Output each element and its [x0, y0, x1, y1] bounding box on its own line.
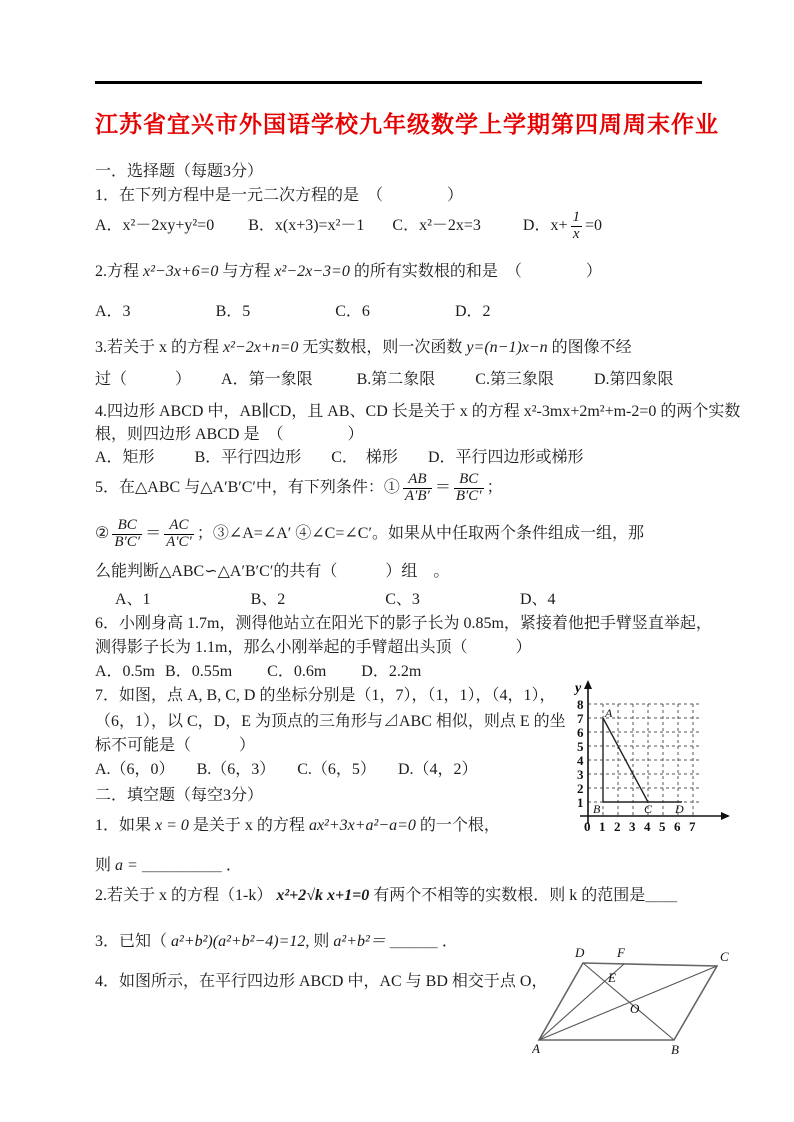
- fb3-text-mid: 则: [313, 933, 329, 950]
- mc-q7-line3: 标不可能是（ ）: [95, 736, 255, 757]
- option-d: D．2.2m: [361, 662, 421, 683]
- fb2-math: x²+2√k x+1=0: [276, 887, 369, 904]
- section1-header: 一．选择题（每题3分）: [95, 162, 263, 183]
- y-axis-arrow: [584, 680, 592, 689]
- q7-text-1: 7．如图，点 A, B, C, D 的坐标分别是（1，7），（1，1），（4，1…: [95, 687, 555, 704]
- q7-text-3: 标不可能是（ ）: [95, 737, 255, 754]
- x-tick: 3: [629, 819, 636, 834]
- section2-header-text: 二．填空题（每空3分）: [95, 787, 263, 804]
- option-a: A．第一象限: [221, 370, 313, 391]
- mc-q7-line1: 7．如图，点 A, B, C, D 的坐标分别是（1，7），（1，1），（4，1…: [95, 686, 555, 707]
- answer-blank: ＿＿＿: [390, 933, 438, 950]
- q7-text-2: （6，1），以 C，D，E 为顶点的三角形与⊿ABC 相似，则点 E 的坐: [95, 713, 566, 730]
- fb4-text: 4．如图所示，在平行四边形 ABCD 中，AC 与 BD 相交于点 O，: [95, 973, 547, 990]
- fb2-text: 2.若关于 x 的方程（1-k）: [95, 887, 272, 904]
- fraction: AC A′C′: [164, 518, 194, 551]
- option-d: D、4: [520, 590, 556, 611]
- option-b: B．0.55m: [165, 662, 232, 683]
- vertex-label-A: A: [532, 1041, 540, 1056]
- q3-continuation: 过（ ）: [95, 370, 191, 391]
- fb1-math-1: x = 0: [155, 817, 189, 834]
- option-a: A．3: [95, 302, 131, 323]
- point-label-C: C: [644, 802, 653, 816]
- vertex-label-D: D: [574, 945, 585, 960]
- option-a: A．x²－2xy+y²=0: [95, 216, 214, 237]
- mc-q5-line1: 5．在△ABC 与△A′B′C′中，有下列条件：① AB A′B′ ＝ BC B…: [95, 466, 503, 510]
- page-title: 江苏省宜兴市外国语学校九年级数学上学期第四周周末作业: [95, 106, 702, 139]
- option-b: B.第二象限: [357, 370, 436, 391]
- fb-q2-line: 2.若关于 x 的方程（1-k） x²+2√k x+1=0 有两个不相等的实数根…: [95, 886, 677, 907]
- option-c: C．x²－2x=3: [392, 216, 481, 237]
- q3-text-mid: 无实数根，则一次函数: [302, 339, 462, 356]
- fb1-period: ．: [226, 857, 242, 874]
- q2-text-post: 的所有实数根的和是 （ ）: [354, 263, 602, 280]
- mc-q1-stem-text: 1．在下列方程中是一元二次方程的是 （ ）: [95, 187, 463, 204]
- mc-q5-line2: ② BC B′C′ ＝ AC A′C′ ；③∠A=∠A′ ④∠C=∠C′。如果从…: [95, 512, 644, 556]
- section1-header-text: 一．选择题（每题3分）: [95, 163, 263, 180]
- q3-math-1: x²−2x+n=0: [223, 339, 298, 356]
- fraction: AB A′B′: [403, 472, 432, 505]
- fb1-math-2: ax²+3x+a²−a=0: [309, 817, 416, 834]
- mc-q4-line1: 4.四边形 ABCD 中，AB∥CD，且 AB、CD 长是关于 x 的方程 x²…: [95, 402, 740, 423]
- fraction-numerator: AC: [167, 518, 190, 534]
- q3-math-2: y=(n−1)x−n: [466, 339, 547, 356]
- fraction-denominator: B′C′: [112, 534, 142, 551]
- mc-q5-options: A、1 B、2 C、3 D、4: [95, 590, 556, 611]
- option-b: B、2: [251, 590, 286, 611]
- y-tick: 6: [577, 725, 584, 740]
- q2-math-1: x²−3x+6=0: [143, 263, 218, 280]
- q4-text-2: 根，则四边形 ABCD 是 （ ）: [95, 426, 363, 443]
- option-a: A.（6，0）: [95, 760, 175, 781]
- mc-q7-options: A.（6，0） B.（6，3） C.（6，5） D.（4，2）: [95, 760, 478, 781]
- y-tick: 1: [577, 795, 584, 810]
- q3-text: 3.若关于 x 的方程: [95, 339, 219, 356]
- q2-text-mid: 与方程: [222, 263, 270, 280]
- mc-q7-line2: （6，1），以 C，D，E 为顶点的三角形与⊿ABC 相似，则点 E 的坐: [95, 712, 566, 733]
- fb2-text-post: 有两个不相等的实数根．则 k 的范围是＿＿: [373, 887, 677, 904]
- vertex-label-B: B: [671, 1042, 679, 1057]
- q2-math-2: x²−2x−3=0: [274, 263, 349, 280]
- q5-circle2: ②: [95, 524, 109, 545]
- q5-text: 5．在△ABC 与△A′B′C′中，有下列条件：①: [95, 478, 400, 499]
- fb-q1-line2: 则 a = ＿＿＿＿＿ ．: [95, 856, 242, 877]
- point-label-A: A: [604, 706, 613, 720]
- x-tick: 6: [674, 819, 681, 834]
- section2-header: 二．填空题（每空3分）: [95, 786, 263, 807]
- x-tick: 0: [584, 819, 591, 834]
- option-c: C．0.6m: [267, 662, 326, 683]
- point-label-F: F: [616, 945, 626, 960]
- fb1-text-post: 的一个根，: [420, 817, 500, 834]
- x-tick: 5: [659, 819, 666, 834]
- option-d: D.第四象限: [594, 370, 674, 391]
- x-tick: 1: [599, 819, 606, 834]
- x-tick: 2: [614, 819, 621, 834]
- option-d: D．2: [455, 302, 491, 323]
- option-d: D.（4，2）: [398, 760, 478, 781]
- fraction-denominator: A′B′: [403, 488, 432, 505]
- mc-q2-stem: 2.方程 x²−3x+6=0 与方程 x²−2x−3=0 的所有实数根的和是 （…: [95, 262, 602, 283]
- fb3-period: ．: [442, 933, 458, 950]
- q5-text-2: ；③∠A=∠A′ ④∠C=∠C′。如果从中任取两个条件组成一组，那: [197, 524, 644, 545]
- point-label-E: E: [607, 970, 616, 985]
- option-d-prefix: D．x+: [523, 216, 568, 237]
- fb-q1-line1: 1．如果 x = 0 是关于 x 的方程 ax²+3x+a²−a=0 的一个根，: [95, 816, 500, 837]
- mc-q6-line1: 6．小刚身高 1.7m，测得他站立在阳光下的影子长为 0.85m，紧接着他把手臂…: [95, 614, 712, 635]
- q4-text-1: 4.四边形 ABCD 中，AB∥CD，且 AB、CD 长是关于 x 的方程 x²…: [95, 403, 740, 420]
- fb-q4-line: 4．如图所示，在平行四边形 ABCD 中，AC 与 BD 相交于点 O，: [95, 972, 547, 993]
- equals-sign: ＝: [435, 478, 451, 499]
- option-b: B．5: [216, 302, 251, 323]
- y-tick: 3: [577, 767, 584, 782]
- option-c: C．6: [335, 302, 370, 323]
- equals-sign: ＝: [145, 524, 161, 545]
- fraction-denominator: B′C′: [454, 488, 484, 505]
- fb3-text: 3．已知（: [95, 933, 167, 950]
- y-axis-label: y: [574, 681, 582, 696]
- fb1-text-mid: 是关于 x 的方程: [193, 817, 305, 834]
- fb1-then: 则: [95, 857, 111, 874]
- q2-text: 2.方程: [95, 263, 139, 280]
- fraction-numerator: BC: [457, 472, 480, 488]
- y-tick: 8: [577, 697, 584, 712]
- x-tick: 7: [689, 819, 696, 834]
- q6-text-2: 测得影子长为 1.1m，那么小刚举起的手臂超出头顶（ ）: [95, 639, 531, 656]
- parallelogram-figure: A B C D F E O: [532, 944, 747, 1059]
- mc-q1-options: A．x²－2xy+y²=0 B．x(x+3)=x²－1 C．x²－2x=3 D．…: [95, 204, 602, 248]
- y-tick: 4: [577, 753, 584, 768]
- mc-q6-line2: 测得影子长为 1.1m，那么小刚举起的手臂超出头顶（ ）: [95, 638, 531, 659]
- q5-text-3: 么能判断△ABC∽△A′B′C′的共有（ ）组 。: [95, 563, 449, 580]
- y-tick: 2: [577, 781, 584, 796]
- q3-text-post: 的图像不经: [552, 339, 632, 356]
- option-a: A、1: [115, 590, 151, 611]
- fraction-numerator: AB: [406, 472, 428, 488]
- option-b: B.（6，3）: [197, 760, 276, 781]
- x-axis-arrow: [721, 812, 730, 820]
- mc-q4-line2: 根，则四边形 ABCD 是 （ ）: [95, 425, 363, 446]
- fb1-text: 1．如果: [95, 817, 151, 834]
- option-c: C、3: [385, 590, 420, 611]
- top-rule: [95, 81, 702, 84]
- mc-q3-options: 过（ ） A．第一象限 B.第二象限 C.第三象限 D.第四象限: [95, 370, 674, 391]
- fraction-numerator: 1: [570, 210, 582, 226]
- fraction: 1 x: [570, 210, 582, 243]
- fraction-denominator: x: [571, 226, 582, 243]
- fb3-math-2: a²+b²＝: [333, 933, 385, 950]
- fb-q3-line: 3．已知（ a²+b²)(a²+b²−4)=12, 则 a²+b²＝ ＿＿＿ ．: [95, 932, 458, 953]
- mc-q6-options: A．0.5m B．0.55m C．0.6m D．2.2m: [95, 662, 421, 683]
- option-d-suffix: =0: [585, 216, 602, 237]
- mc-q2-options: A．3 B．5 C．6 D．2: [95, 302, 491, 323]
- option-b: B．x(x+3)=x²－1: [248, 216, 364, 237]
- q6-text-1: 6．小刚身高 1.7m，测得他站立在阳光下的影子长为 0.85m，紧接着他把手臂…: [95, 615, 712, 632]
- fraction-numerator: BC: [116, 518, 139, 534]
- option-c: C.第三象限: [475, 370, 554, 391]
- fb3-math-1: a²+b²)(a²+b²−4)=12,: [171, 933, 309, 950]
- q5-semicolon: ；: [487, 478, 503, 499]
- worksheet-page: 江苏省宜兴市外国语学校九年级数学上学期第四周周末作业 一．选择题（每题3分） 1…: [0, 0, 794, 1122]
- fraction: BC B′C′: [112, 518, 142, 551]
- fraction-denominator: A′C′: [164, 534, 194, 551]
- vertex-label-C: C: [720, 949, 729, 964]
- fb1-math-3: a =: [115, 857, 138, 874]
- point-label-O: O: [630, 1001, 640, 1016]
- y-tick: 7: [577, 711, 584, 726]
- mc-q5-line3: 么能判断△ABC∽△A′B′C′的共有（ ）组 。: [95, 562, 449, 583]
- coordinate-grid-figure: y 0 1 2 3 4 5 6 7 1 2 3 4 5 6 7 8 A B C …: [574, 678, 730, 844]
- parallelogram-cevians: [539, 963, 717, 1040]
- fraction: BC B′C′: [454, 472, 484, 505]
- answer-blank: ＿＿＿＿＿: [142, 857, 222, 874]
- option-a: A．0.5m: [95, 662, 155, 683]
- mc-q3-stem: 3.若关于 x 的方程 x²−2x+n=0 无实数根，则一次函数 y=(n−1)…: [95, 338, 632, 359]
- y-tick: 5: [577, 739, 584, 754]
- x-tick: 4: [644, 819, 651, 834]
- point-label-D: D: [674, 802, 684, 816]
- option-c: C.（6，5）: [297, 760, 376, 781]
- point-label-B: B: [593, 802, 601, 816]
